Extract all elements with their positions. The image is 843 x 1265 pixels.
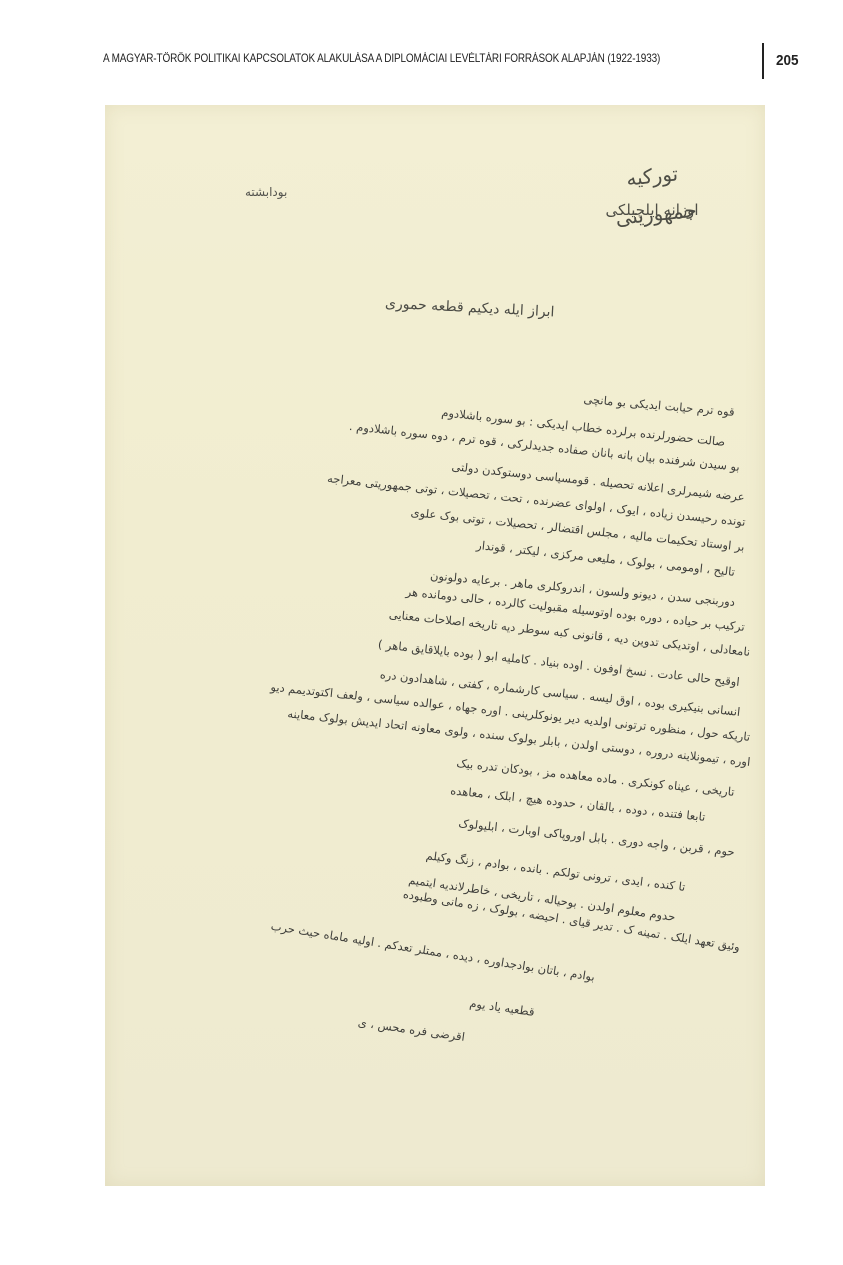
running-head-rule [762,43,764,79]
page-number: 205 [776,52,799,69]
handwritten-line: قوه ترم حیابت ایدیکی بو مانچی [583,392,735,419]
handwritten-line: اقرضی فره محس ، ی [357,1015,466,1044]
handwritten-body: قوه ترم حیابت ایدیکی بو مانچی صالت حضورل… [105,105,765,1186]
running-head: A MAGYAR-TÖRÖK POLITIKAI KAPCSOLATOK ALA… [103,52,660,65]
document-scan: تورکیه جمهوریتی اوزانه ایلچیلکی بودابشته… [105,105,765,1186]
handwritten-line: قطعیه یاد یوم [469,996,536,1019]
handwritten-line: بوادم ، باتان بوادجداوره ، دیده ، ممتلر … [270,919,596,984]
